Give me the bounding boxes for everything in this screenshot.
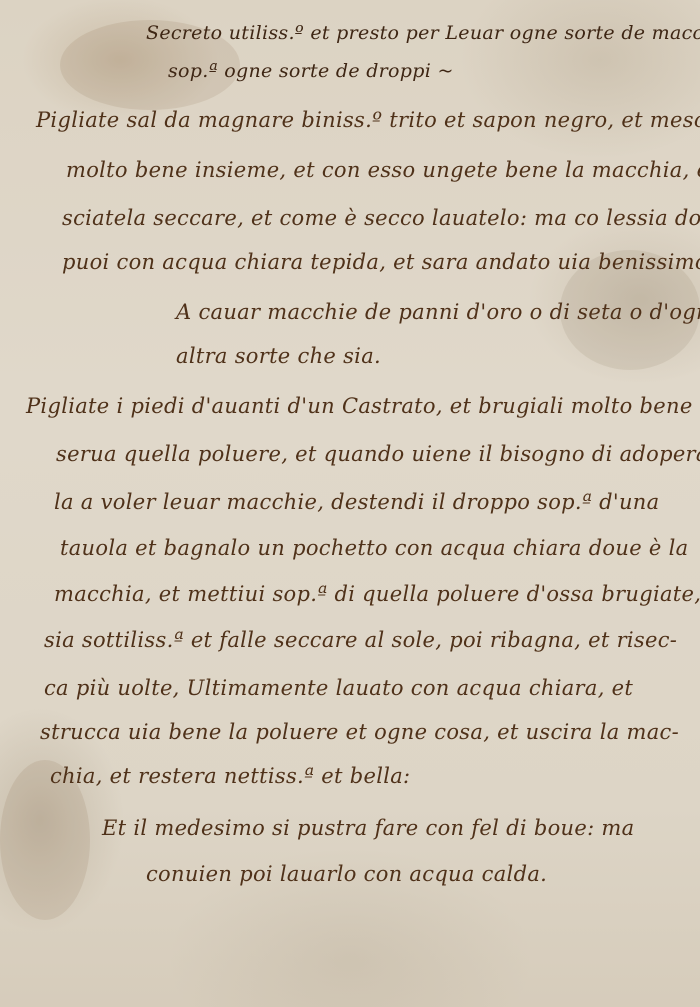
recipe2-line-8: strucca uia bene la poluere et ogne cosa…: [40, 720, 679, 744]
recipe2-line-6: sia sottiliss.ª et falle seccare al sole…: [44, 628, 677, 652]
heading-line-1: Secreto utiliss.º et presto per Leuar og…: [146, 22, 700, 44]
recipe1-line-2: molto bene insieme, et con esso ungete b…: [66, 158, 700, 182]
heading-line-2: sop.ª ogne sorte de droppi ~: [168, 60, 454, 82]
recipe1-line-1: Pigliate sal da magnare biniss.º trito e…: [36, 108, 700, 132]
recipe1-line-4: puoi con acqua chiara tepida, et sara an…: [62, 250, 700, 274]
recipe2-line-5: macchia, et mettiui sop.ª di quella polu…: [54, 582, 700, 606]
recipe2-line-9: chia, et restera nettiss.ª et bella:: [50, 764, 410, 788]
manuscript-page: Secreto utiliss.º et presto per Leuar og…: [0, 0, 700, 1007]
recipe2-line-2: serua quella poluere, et quando uiene il…: [56, 442, 700, 466]
subheading-line-2: altra sorte che sia.: [176, 344, 381, 368]
recipe3-line-2: conuien poi lauarlo con acqua calda.: [146, 862, 547, 886]
recipe2-line-1: Pigliate i piedi d'auanti d'un Castrato,…: [26, 394, 700, 418]
subheading-line-1: A cauar macchie de panni d'oro o di seta…: [176, 300, 700, 324]
recipe2-line-4: tauola et bagnalo un pochetto con acqua …: [60, 536, 688, 560]
recipe1-line-3: sciatela seccare, et come è secco lauate…: [62, 206, 700, 230]
recipe3-line-1: Et il medesimo si pustra fare con fel di…: [102, 816, 634, 840]
recipe2-line-3: la a voler leuar macchie, destendi il dr…: [54, 490, 659, 514]
recipe2-line-7: ca più uolte, Ultimamente lauato con acq…: [44, 676, 633, 700]
